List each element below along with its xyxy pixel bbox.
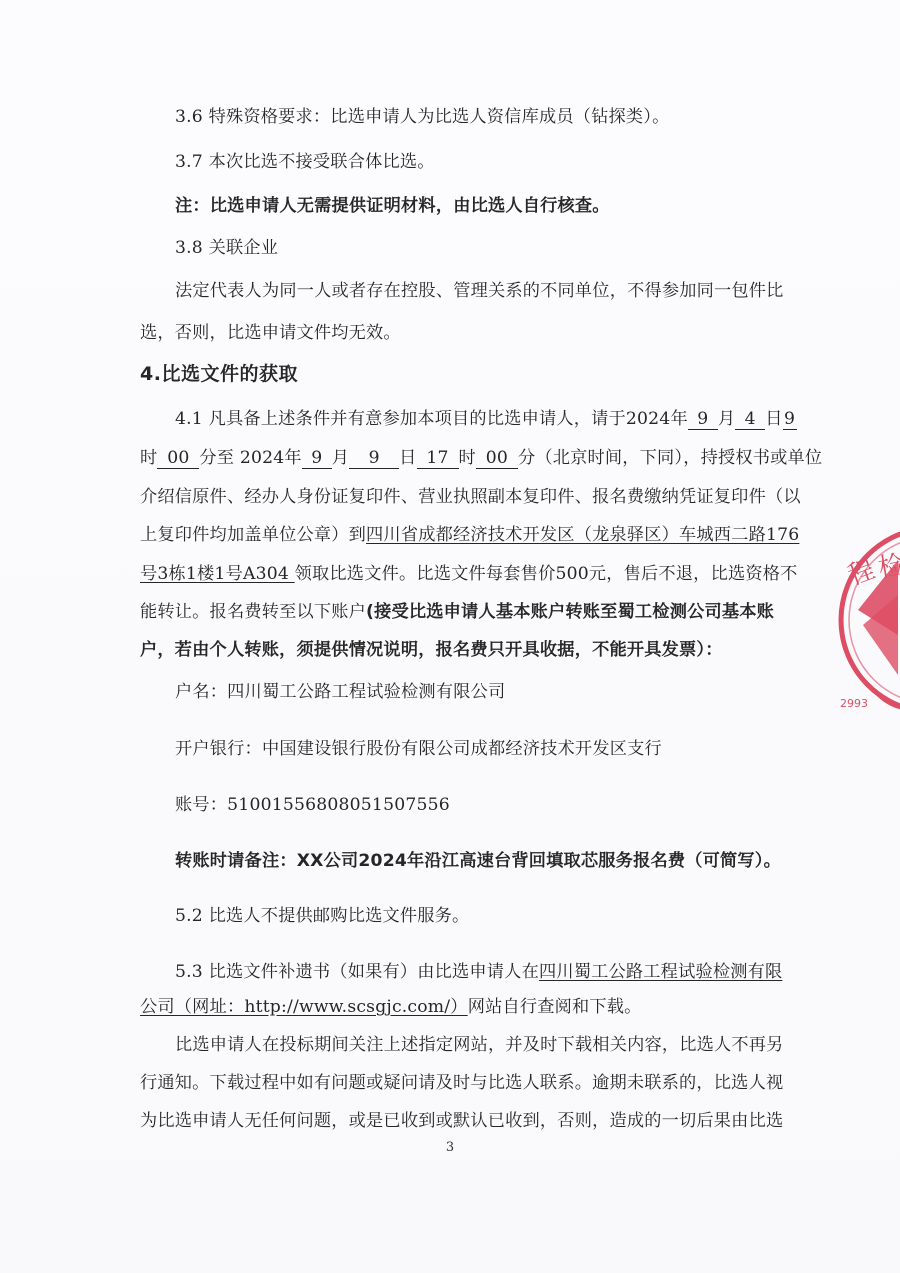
clause-3-8-title: 3.8 关联企业 bbox=[175, 236, 855, 260]
clause-4-1-line6: 能转让。报名费转至以下账户(接受比选申请人基本账户转账至蜀工检测公司基本账 bbox=[140, 600, 820, 624]
clause-4-1-line2: 时00分至 2024年9月9日17时00分（北京时间，下同），持授权书或单位 bbox=[140, 446, 820, 470]
section-4-heading: 4.比选文件的获取 bbox=[140, 362, 820, 386]
clause-4-1-line7: 户，若由个人转账，须提供情况说明，报名费只开具收据，不能开具发票）： bbox=[140, 638, 820, 662]
clause-4-1-line3: 介绍信原件、经办人身份证复印件、营业执照副本复印件、报名费缴纳凭证复印件（以 bbox=[140, 485, 820, 509]
pickup-address-part1: 四川省成都经济技术开发区（龙泉驿区）车城西二路176 bbox=[366, 525, 799, 545]
start-month: 9 bbox=[688, 409, 718, 430]
page-number: 3 bbox=[440, 1140, 460, 1155]
clause-4-1-line5: 号3栋1楼1号A304 领取比选文件。比选文件每套售价500元，售后不退，比选资… bbox=[140, 562, 820, 586]
day-label: 日 bbox=[765, 409, 782, 429]
clause-4-1-prefix: 4.1 凡具备上述条件并有意参加本项目的比选申请人，请于2024年 bbox=[175, 409, 688, 429]
end-month-label: 月 bbox=[332, 448, 349, 468]
after-time-text: 分（北京时间，下同），持授权书或单位 bbox=[518, 448, 822, 468]
start-minute: 00 bbox=[157, 448, 199, 469]
account-number: 账号：51001556808051507556 bbox=[175, 793, 855, 817]
account-number-value: 51001556808051507556 bbox=[227, 795, 450, 815]
end-day: 9 bbox=[349, 448, 399, 469]
clause-5-3-suffix: 网站自行查阅和下载。 bbox=[468, 997, 642, 1017]
end-hour: 17 bbox=[417, 448, 459, 469]
clause-3-8-line2: 选，否则，比选申请文件均无效。 bbox=[140, 321, 820, 345]
notice-line2: 行通知。下载过程中如有问题或疑问请及时与比选人联系。逾期未联系的，比选人视 bbox=[140, 1071, 820, 1095]
account-name-value: 四川蜀工公路工程试验检测有限公司 bbox=[227, 682, 505, 702]
transfer-note: 转账时请备注：XX公司2024年沿江高速台背回填取芯服务报名费（可简写）。 bbox=[175, 849, 855, 873]
line6-bold: (接受比选申请人基本账户转账至蜀工检测公司基本账 bbox=[366, 602, 774, 622]
clause-5-3-line2: 公司（网址：http://www.scsgjc.com/）网站自行查阅和下载。 bbox=[140, 995, 820, 1019]
hour-label: 时 bbox=[140, 448, 157, 468]
end-minute: 00 bbox=[476, 448, 518, 469]
start-hour: 9 bbox=[783, 409, 797, 430]
minute-to-label: 分至 2024年 bbox=[199, 448, 301, 468]
start-day: 4 bbox=[735, 409, 765, 430]
notice-line1: 比选申请人在投标期间关注上述指定网站，并及时下载相关内容，比选人不再另 bbox=[175, 1033, 855, 1057]
svg-text:检: 检 bbox=[876, 550, 900, 584]
clause-4-1-line4: 上复印件均加盖单位公章）到四川省成都经济技术开发区（龙泉驿区）车城西二路176 bbox=[140, 523, 820, 547]
account-bank: 开户银行：中国建设银行股份有限公司成都经济技术开发区支行 bbox=[175, 737, 855, 761]
end-day-label: 日 bbox=[399, 448, 416, 468]
account-name: 户名：四川蜀工公路工程试验检测有限公司 bbox=[175, 680, 855, 704]
account-number-label: 账号： bbox=[175, 795, 227, 815]
seal-code: 2993 bbox=[840, 697, 868, 710]
note-verification: 注：比选申请人无需提供证明材料，由比选人自行核查。 bbox=[175, 194, 855, 218]
clause-4-1-line1: 4.1 凡具备上述条件并有意参加本项目的比选申请人，请于2024年9月4日9 bbox=[175, 407, 855, 431]
clause-5-2: 5.2 比选人不提供邮购比选文件服务。 bbox=[175, 904, 855, 928]
company-name-link[interactable]: 四川蜀工公路工程试验检测有限 bbox=[539, 962, 782, 982]
line5-suffix: 领取比选文件。比选文件每套售价500元，售后不退，比选资格不 bbox=[295, 564, 798, 584]
line6-prefix: 能转让。报名费转至以下账户 bbox=[140, 602, 366, 622]
clause-5-3-line1: 5.3 比选文件补遗书（如果有）由比选申请人在四川蜀工公路工程试验检测有限 bbox=[175, 960, 855, 984]
account-name-label: 户名： bbox=[175, 682, 227, 702]
notice-line3: 为比选申请人无任何问题，或是已收到或默认已收到，否则，造成的一切后果由比选 bbox=[140, 1109, 820, 1133]
end-hour-label: 时 bbox=[459, 448, 476, 468]
clause-3-7: 3.7 本次比选不接受联合体比选。 bbox=[175, 150, 855, 174]
end-month: 9 bbox=[302, 448, 332, 469]
clause-3-8-line1: 法定代表人为同一人或者存在控股、管理关系的不同单位，不得参加同一包件比 bbox=[175, 279, 855, 303]
account-bank-value: 中国建设银行股份有限公司成都经济技术开发区支行 bbox=[262, 739, 662, 759]
website-link[interactable]: 公司（网址：http://www.scsgjc.com/） bbox=[140, 997, 468, 1017]
document-page: 3.6 特殊资格要求：比选申请人为比选人资信库成员（钻探类）。 3.7 本次比选… bbox=[0, 0, 900, 1273]
clause-5-3-prefix: 5.3 比选文件补遗书（如果有）由比选申请人在 bbox=[175, 962, 539, 982]
line4-prefix: 上复印件均加盖单位公章）到 bbox=[140, 525, 366, 545]
account-bank-label: 开户银行： bbox=[175, 739, 262, 759]
clause-3-6: 3.6 特殊资格要求：比选申请人为比选人资信库成员（钻探类）。 bbox=[175, 105, 855, 129]
official-seal-icon: 程 检 2993 bbox=[838, 515, 900, 725]
pickup-address-part2: 号3栋1楼1号A304 bbox=[140, 564, 295, 584]
month-label: 月 bbox=[718, 409, 735, 429]
